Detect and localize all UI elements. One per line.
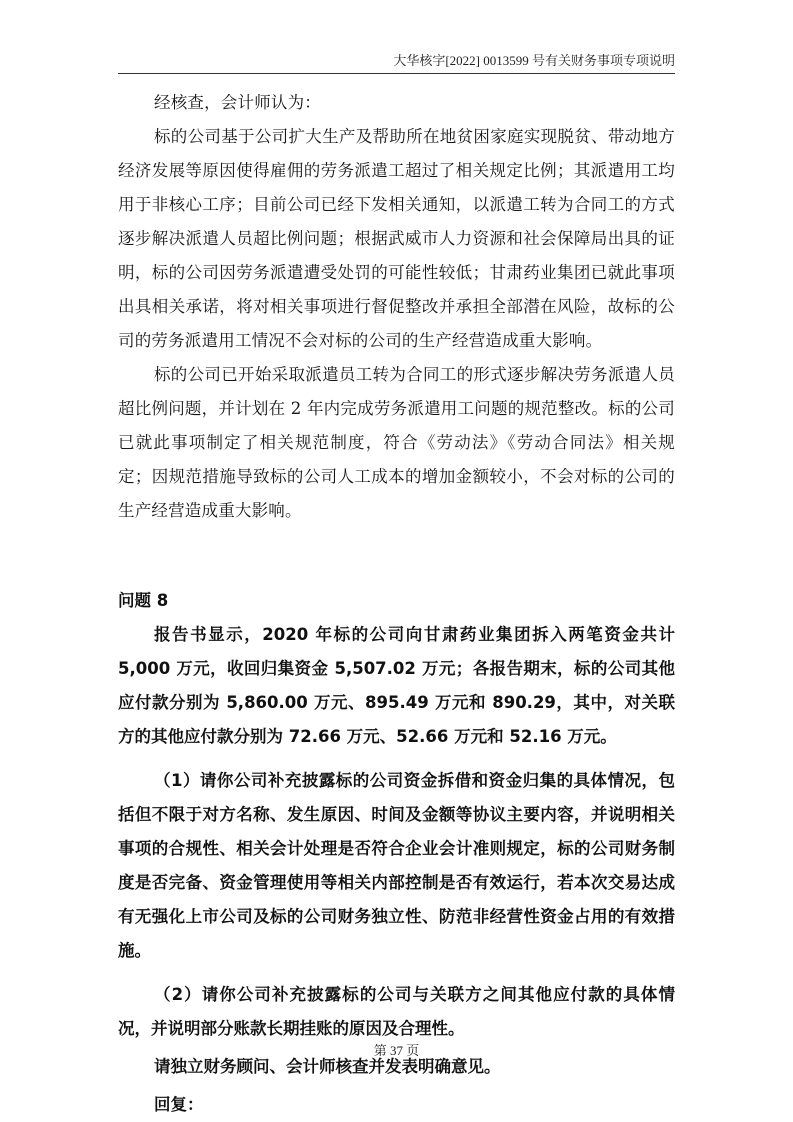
document-page: 大华核字[2022] 0013599 号有关财务事项专项说明 经核查，会计师认为… [0, 0, 793, 1122]
conclusion-paragraph-1: 标的公司基于公司扩大生产及帮助所在地贫困家庭实现脱贫、带动地方经济发展等原因使得… [118, 120, 675, 358]
question-item-1: （1）请你公司补充披露标的公司资金拆借和资金归集的具体情况，包括但不限于对方名称… [118, 764, 675, 968]
reply-label: 回复： [118, 1088, 675, 1122]
section-spacer [118, 528, 675, 584]
spacer [118, 754, 675, 764]
question-item-2: （2）请你公司补充披露标的公司与关联方之间其他应付款的具体情况，并说明部分账款长… [118, 978, 675, 1046]
question-statement: 报告书显示，2020 年标的公司向甘肃药业集团拆入两笔资金共计 5,000 万元… [118, 618, 675, 754]
intro-paragraph: 经核查，会计师认为： [118, 86, 675, 120]
page-number: 第 37 页 [0, 1040, 793, 1059]
document-body: 经核查，会计师认为： 标的公司基于公司扩大生产及帮助所在地贫困家庭实现脱贫、带动… [118, 86, 675, 1122]
conclusion-paragraph-2: 标的公司已开始采取派遣员工转为合同工的形式逐步解决劳务派遣人员超比例问题，并计划… [118, 358, 675, 528]
page-header: 大华核字[2022] 0013599 号有关财务事项专项说明 [118, 52, 675, 70]
question-heading: 问题 8 [118, 584, 675, 618]
header-divider [118, 73, 675, 74]
spacer [118, 968, 675, 978]
